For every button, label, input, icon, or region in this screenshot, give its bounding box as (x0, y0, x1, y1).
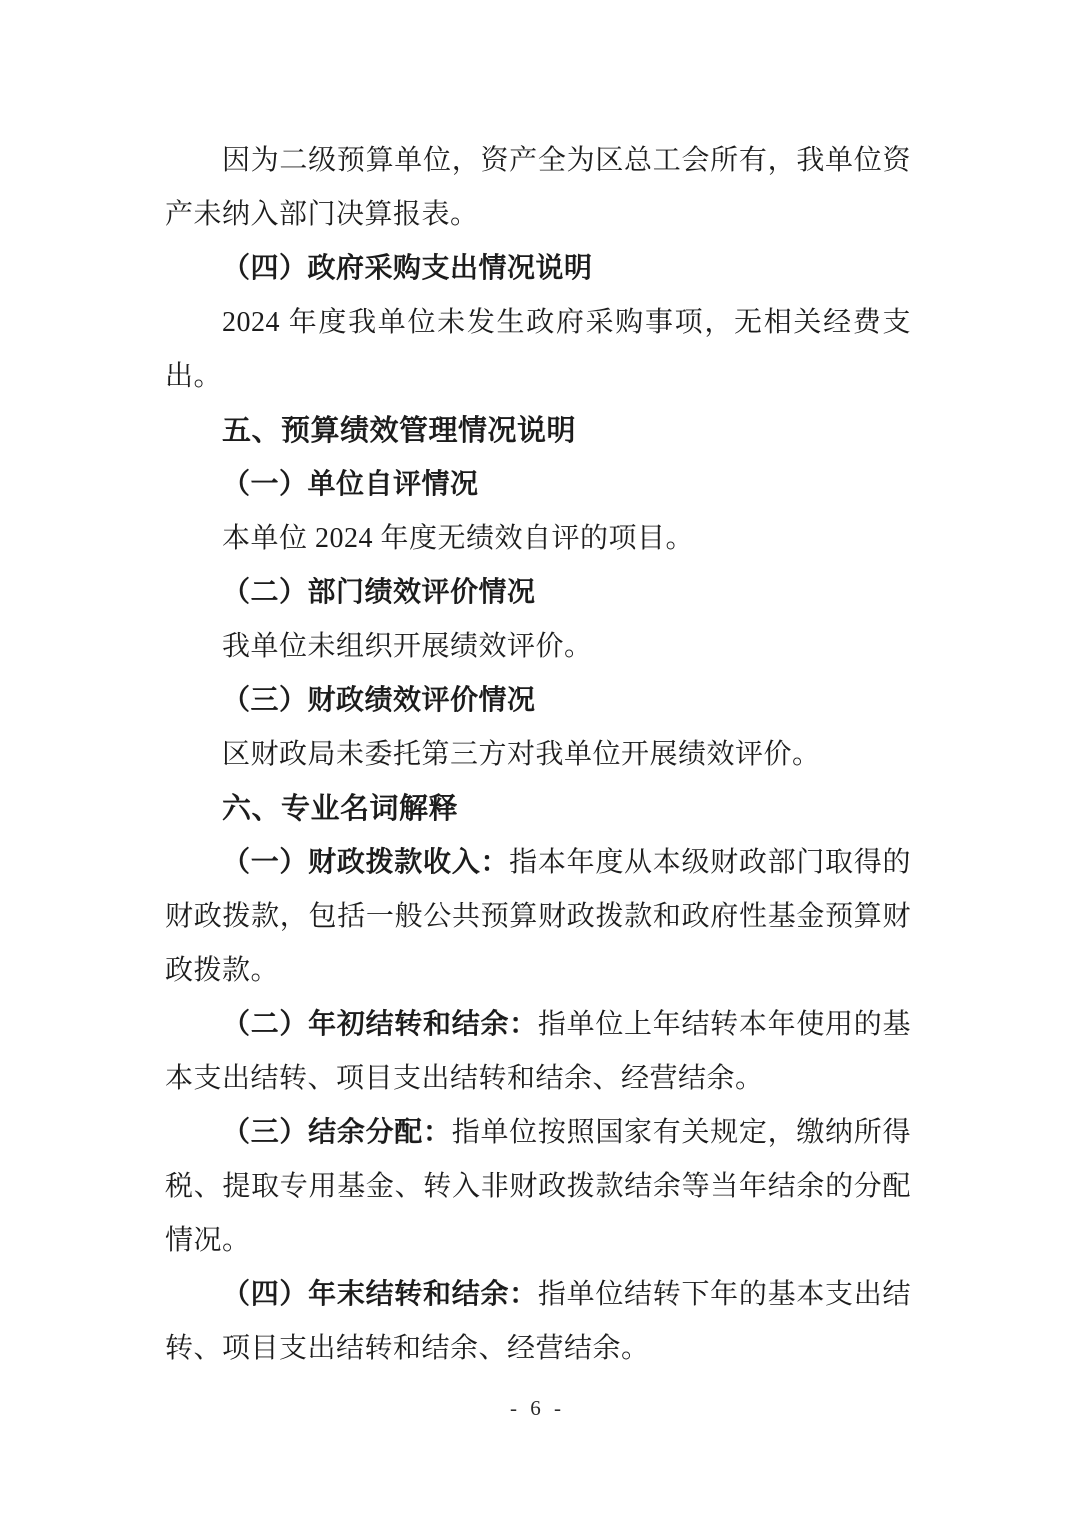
paragraph-heading: 六、专业名词解释 (165, 782, 911, 836)
term-lead: （一）财政拨款收入： (222, 847, 509, 878)
paragraph-subheading: （一）单位自评情况 (165, 458, 911, 512)
paragraph-body: 我单位未组织开展绩效评价。 (165, 620, 911, 674)
paragraph-term: （二）年初结转和结余：指单位上年结转本年使用的基本支出结转、项目支出结转和结余、… (165, 998, 911, 1106)
paragraph-body: 区财政局未委托第三方对我单位开展绩效评价。 (165, 728, 911, 782)
term-lead: （三）结余分配： (222, 1117, 452, 1148)
term-lead: （二）年初结转和结余： (222, 1009, 538, 1040)
document-body: 因为二级预算单位，资产全为区总工会所有，我单位资产未纳入部门决算报表。（四）政府… (165, 134, 911, 1376)
paragraph-subheading: （二）部门绩效评价情况 (165, 566, 911, 620)
paragraph-heading: 五、预算绩效管理情况说明 (165, 404, 911, 458)
page-number: - 6 - (0, 1396, 1075, 1421)
paragraph-term: （四）年末结转和结余：指单位结转下年的基本支出结转、项目支出结转和结余、经营结余… (165, 1268, 911, 1376)
paragraph-body: 本单位 2024 年度无绩效自评的项目。 (165, 512, 911, 566)
document-page: 因为二级预算单位，资产全为区总工会所有，我单位资产未纳入部门决算报表。（四）政府… (0, 0, 1075, 1520)
paragraph-subheading: （三）财政绩效评价情况 (165, 674, 911, 728)
paragraph-term: （三）结余分配：指单位按照国家有关规定，缴纳所得税、提取专用基金、转入非财政拨款… (165, 1106, 911, 1268)
paragraph-body: 2024 年度我单位未发生政府采购事项，无相关经费支出。 (165, 296, 911, 404)
paragraph-subheading: （四）政府采购支出情况说明 (165, 242, 911, 296)
paragraph-body: 因为二级预算单位，资产全为区总工会所有，我单位资产未纳入部门决算报表。 (165, 134, 911, 242)
paragraph-term: （一）财政拨款收入：指本年度从本级财政部门取得的财政拨款，包括一般公共预算财政拨… (165, 836, 911, 998)
term-lead: （四）年末结转和结余： (222, 1279, 538, 1310)
